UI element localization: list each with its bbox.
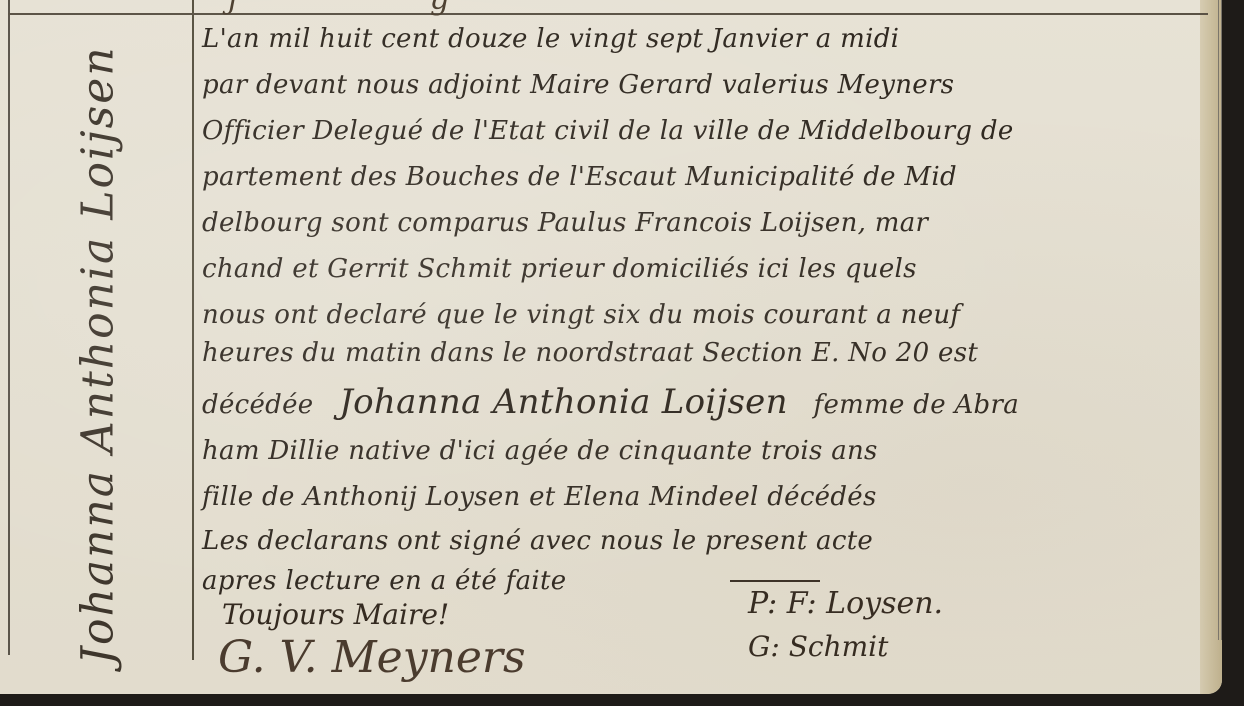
- record-line-5: delbourg sont comparus Paulus Francois L…: [202, 208, 928, 238]
- previous-entry-descender: g: [430, 0, 449, 17]
- record-line-10: ham Dillie native d'ici agée de cinquant…: [202, 436, 878, 466]
- record-line-2: par devant nous adjoint Maire Gerard val…: [202, 70, 954, 100]
- declarant-signature-2: G: Schmit: [748, 630, 888, 663]
- decedee-word: décédée: [202, 390, 314, 420]
- record-line-9: décédée Johanna Anthonia Loijsen femme d…: [202, 382, 1019, 422]
- previous-entry-descender: ƒ: [228, 0, 239, 17]
- record-line-13: apres lecture en a été faite: [202, 566, 566, 596]
- record-line-8: heures du matin dans le noordstraat Sect…: [202, 338, 978, 368]
- record-line-3: Officier Delegué de l'Etat civil de la v…: [202, 116, 1014, 146]
- right-border-rule-inner: [1221, 0, 1222, 640]
- record-line-1: L'an mil huit cent douze le vingt sept J…: [202, 24, 899, 54]
- deceased-name: Johanna Anthonia Loijsen: [339, 382, 788, 422]
- wife-of-text: femme de Abra: [814, 390, 1020, 420]
- margin-rule: [192, 0, 194, 660]
- right-border-rule: [1218, 0, 1219, 640]
- record-line-4: partement des Bouches de l'Escaut Munici…: [202, 162, 957, 192]
- margin-name-entry: Johanna Anthonia Loijsen: [73, 45, 124, 664]
- top-rule: [8, 13, 1208, 15]
- document-page: ƒ g Johanna Anthonia Loijsen L'an mil hu…: [0, 0, 1222, 694]
- left-border-rule: [8, 0, 10, 655]
- declarant-signature-1: P: F: Loysen.: [748, 586, 943, 621]
- official-signature: G. V. Meyners: [218, 632, 526, 683]
- record-line-6: chand et Gerrit Schmit prieur domiciliés…: [202, 254, 917, 284]
- record-line-7: nous ont declaré que le vingt six du moi…: [202, 300, 960, 330]
- record-line-12: Les declarans ont signé avec nous le pre…: [202, 526, 873, 556]
- official-note: Toujours Maire!: [222, 598, 449, 631]
- record-line-11: fille de Anthonij Loysen et Elena Mindee…: [202, 482, 877, 512]
- signature-flourish: [730, 580, 820, 582]
